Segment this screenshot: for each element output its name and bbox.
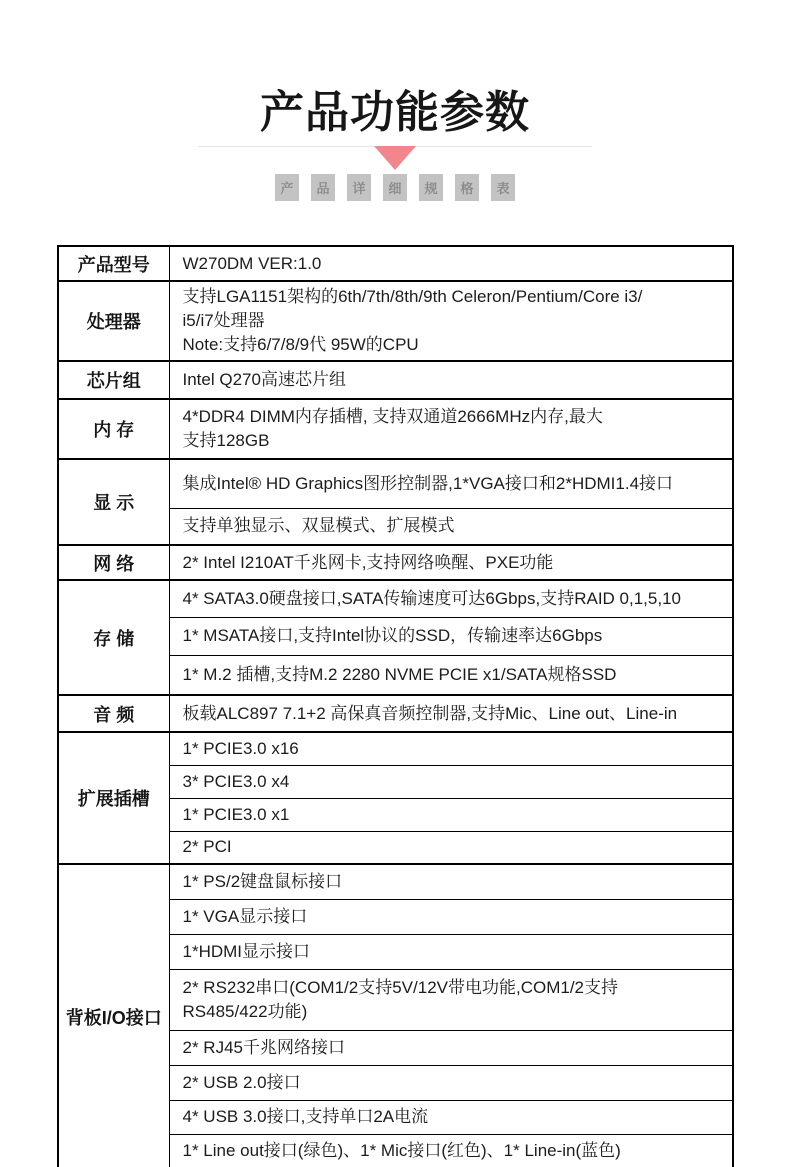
- spec-value: 4* SATA3.0硬盘接口,SATA传输速度可达6Gbps,支持RAID 0,…: [169, 580, 733, 617]
- spec-value-line: 2* Intel I210AT千兆网卡,支持网络唤醒、PXE功能: [183, 551, 720, 575]
- spec-value-line: 1* M.2 插槽,支持M.2 2280 NVME PCIE x1/SATA规格…: [183, 663, 720, 687]
- spec-value-line: 1* Line out接口(绿色)、1* Mic接口(红色)、1* Line-i…: [183, 1139, 720, 1163]
- subtitle-char-boxes: 产品详细规格表: [0, 174, 790, 201]
- spec-value: 支持LGA1151架构的6th/7th/8th/9th Celeron/Pent…: [169, 281, 733, 361]
- spec-value: 2* Intel I210AT千兆网卡,支持网络唤醒、PXE功能: [169, 545, 733, 580]
- spec-label: 显 示: [58, 459, 169, 545]
- spec-value-line: 支持单独显示、双显模式、扩展模式: [183, 514, 720, 538]
- spec-value: 4*DDR4 DIMM内存插槽, 支持双通道2666MHz内存,最大支持128G…: [169, 399, 733, 459]
- spec-value: 1* PS/2键盘鼠标接口: [169, 864, 733, 899]
- spec-row: 内 存4*DDR4 DIMM内存插槽, 支持双通道2666MHz内存,最大支持1…: [58, 399, 733, 459]
- spec-value-line: 1* PCIE3.0 x16: [183, 737, 720, 761]
- spec-value-line: 4* USB 3.0接口,支持单口2A电流: [183, 1105, 720, 1129]
- spec-row: 背板I/O接口1* PS/2键盘鼠标接口: [58, 864, 733, 899]
- spec-value-line: 2* USB 2.0接口: [183, 1071, 720, 1095]
- spec-value-line: W270DM VER:1.0: [183, 252, 720, 276]
- spec-value: 1* PCIE3.0 x16: [169, 732, 733, 765]
- spec-value-line: 1* VGA显示接口: [183, 905, 720, 929]
- spec-row: 音 频板载ALC897 7.1+2 高保真音频控制器,支持Mic、Line ou…: [58, 695, 733, 732]
- spec-value: 1*HDMI显示接口: [169, 934, 733, 969]
- spec-value-line: RS485/422功能): [183, 1000, 720, 1024]
- spec-value: W270DM VER:1.0: [169, 246, 733, 281]
- subtitle-char-box: 产: [275, 174, 299, 201]
- spec-value: Intel Q270高速芯片组: [169, 361, 733, 399]
- spec-row: 处理器支持LGA1151架构的6th/7th/8th/9th Celeron/P…: [58, 281, 733, 361]
- spec-label: 扩展插槽: [58, 732, 169, 864]
- spec-label: 背板I/O接口: [58, 864, 169, 1167]
- spec-value: 2* PCI: [169, 831, 733, 864]
- spec-value: 1* MSATA接口,支持Intel协议的SSD，传输速率达6Gbps: [169, 617, 733, 655]
- spec-label: 内 存: [58, 399, 169, 459]
- down-triangle-icon: [374, 146, 416, 170]
- spec-value: 3* PCIE3.0 x4: [169, 765, 733, 798]
- spec-value-line: 1* PS/2键盘鼠标接口: [183, 870, 720, 894]
- spec-value-line: Intel Q270高速芯片组: [183, 368, 720, 392]
- spec-label: 芯片组: [58, 361, 169, 399]
- spec-row: 芯片组Intel Q270高速芯片组: [58, 361, 733, 399]
- spec-value-line: 2* RJ45千兆网络接口: [183, 1036, 720, 1060]
- spec-value-line: 支持LGA1151架构的6th/7th/8th/9th Celeron/Pent…: [183, 285, 720, 309]
- spec-value: 板载ALC897 7.1+2 高保真音频控制器,支持Mic、Line out、L…: [169, 695, 733, 732]
- page-title: 产品功能参数: [0, 88, 790, 138]
- spec-value: 1* VGA显示接口: [169, 899, 733, 934]
- spec-value: 1* Line out接口(绿色)、1* Mic接口(红色)、1* Line-i…: [169, 1134, 733, 1167]
- spec-label: 存 储: [58, 580, 169, 695]
- subtitle-char-box: 规: [419, 174, 443, 201]
- spec-value-line: i5/i7处理器: [183, 309, 720, 333]
- spec-value-line: 3* PCIE3.0 x4: [183, 770, 720, 794]
- spec-value: 4* USB 3.0接口,支持单口2A电流: [169, 1100, 733, 1134]
- spec-label: 产品型号: [58, 246, 169, 281]
- spec-row: 显 示集成Intel® HD Graphics图形控制器,1*VGA接口和2*H…: [58, 459, 733, 508]
- spec-page: 产品功能参数 产品详细规格表 产品型号W270DM VER:1.0处理器支持LG…: [0, 0, 790, 1167]
- subtitle-char-box: 详: [347, 174, 371, 201]
- spec-row: 扩展插槽1* PCIE3.0 x16: [58, 732, 733, 765]
- spec-value: 2* USB 2.0接口: [169, 1065, 733, 1100]
- spec-value: 1* M.2 插槽,支持M.2 2280 NVME PCIE x1/SATA规格…: [169, 655, 733, 695]
- spec-value-line: Note:支持6/7/8/9代 95W的CPU: [183, 333, 720, 357]
- subtitle-char-box: 表: [491, 174, 515, 201]
- spec-value: 2* RS232串口(COM1/2支持5V/12V带电功能,COM1/2支持RS…: [169, 969, 733, 1030]
- spec-value-line: 2* RS232串口(COM1/2支持5V/12V带电功能,COM1/2支持: [183, 976, 720, 1000]
- spec-row: 产品型号W270DM VER:1.0: [58, 246, 733, 281]
- spec-label: 音 频: [58, 695, 169, 732]
- spec-label: 网 络: [58, 545, 169, 580]
- spec-value-line: 支持128GB: [183, 429, 720, 453]
- spec-row: 网 络2* Intel I210AT千兆网卡,支持网络唤醒、PXE功能: [58, 545, 733, 580]
- spec-value-line: 2* PCI: [183, 835, 720, 859]
- spec-value-line: 板载ALC897 7.1+2 高保真音频控制器,支持Mic、Line out、L…: [183, 702, 720, 726]
- subtitle-char-box: 品: [311, 174, 335, 201]
- spec-value: 集成Intel® HD Graphics图形控制器,1*VGA接口和2*HDMI…: [169, 459, 733, 508]
- spec-value-line: 4* SATA3.0硬盘接口,SATA传输速度可达6Gbps,支持RAID 0,…: [183, 587, 720, 611]
- spec-table: 产品型号W270DM VER:1.0处理器支持LGA1151架构的6th/7th…: [57, 245, 734, 1167]
- spec-value-line: 4*DDR4 DIMM内存插槽, 支持双通道2666MHz内存,最大: [183, 405, 720, 429]
- spec-value: 支持单独显示、双显模式、扩展模式: [169, 508, 733, 545]
- spec-value-line: 1* PCIE3.0 x1: [183, 803, 720, 827]
- spec-value: 1* PCIE3.0 x1: [169, 798, 733, 831]
- subtitle-char-box: 格: [455, 174, 479, 201]
- spec-row: 存 储4* SATA3.0硬盘接口,SATA传输速度可达6Gbps,支持RAID…: [58, 580, 733, 617]
- spec-value-line: 集成Intel® HD Graphics图形控制器,1*VGA接口和2*HDMI…: [183, 472, 720, 496]
- spec-value-line: 1* MSATA接口,支持Intel协议的SSD，传输速率达6Gbps: [183, 624, 720, 648]
- spec-value-line: 1*HDMI显示接口: [183, 940, 720, 964]
- spec-value: 2* RJ45千兆网络接口: [169, 1030, 733, 1065]
- subtitle-char-box: 细: [383, 174, 407, 201]
- spec-label: 处理器: [58, 281, 169, 361]
